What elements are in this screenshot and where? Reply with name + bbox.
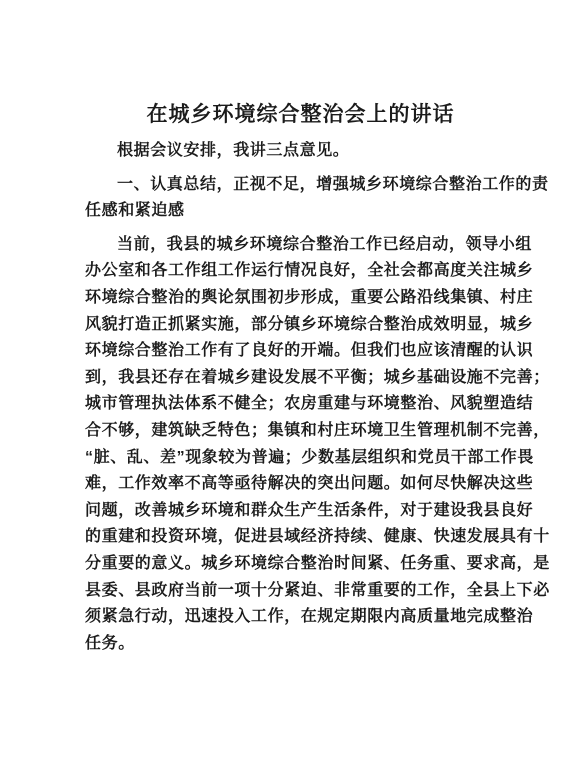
document-title: 在城乡环境综合整治会上的讲话 xyxy=(85,101,516,128)
text-line: 环境综合整治的舆论氛围初步形成，重要公路沿线集镇、村庄 xyxy=(85,285,516,312)
text-line: 合不够，建筑缺乏特色；集镇和村庄环境卫生管理机制不完善， xyxy=(85,418,516,445)
paragraph-section-heading: 一、认真总结，正视不足，增强城乡环境综合整治工作的责 任感和紧迫感 xyxy=(85,172,516,225)
text-line: 城市管理执法体系不健全；农房重建与环境整治、风貌塑造结 xyxy=(85,391,516,418)
text-line: 的重建和投资环境，促进县域经济持续、健康、快速发展具有十 xyxy=(85,524,516,551)
text-line: 任感和紧迫感 xyxy=(85,198,516,225)
text-line: 根据会议安排，我讲三点意见。 xyxy=(85,138,516,165)
paragraph-intro: 根据会议安排，我讲三点意见。 xyxy=(85,138,516,165)
text-line: 当前，我县的城乡环境综合整治工作已经启动，领导小组 xyxy=(85,232,516,259)
document-content: 在城乡环境综合整治会上的讲话 根据会议安排，我讲三点意见。 一、认真总结，正视不… xyxy=(85,101,516,657)
paragraph-body: 当前，我县的城乡环境综合整治工作已经启动，领导小组 办公室和各工作组工作运行情况… xyxy=(85,232,516,658)
text-line: 任务。 xyxy=(85,631,516,658)
text-line: 难，工作效率不高等亟待解决的突出问题。如何尽快解决这些 xyxy=(85,471,516,498)
text-line: 问题，改善城乡环境和群众生产生活条件，对于建设我县良好 xyxy=(85,498,516,525)
text-line: 须紧急行动，迅速投入工作，在规定期限内高质量地完成整治 xyxy=(85,604,516,631)
text-line: 风貌打造正抓紧实施，部分镇乡环境综合整治成效明显，城乡 xyxy=(85,312,516,339)
text-line: 县委、县政府当前一项十分紧迫、非常重要的工作，全县上下必 xyxy=(85,578,516,605)
text-line: 一、认真总结，正视不足，增强城乡环境综合整治工作的责 xyxy=(85,172,516,199)
text-line: 分重要的意义。城乡环境综合整治时间紧、任务重、要求高，是 xyxy=(85,551,516,578)
text-line: “脏、乱、差”现象较为普遍；少数基层组织和党员干部工作畏 xyxy=(85,445,516,472)
text-line: 办公室和各工作组工作运行情况良好，全社会都高度关注城乡 xyxy=(85,258,516,285)
text-line: 到，我县还存在着城乡建设发展不平衡；城乡基础设施不完善； xyxy=(85,365,516,392)
text-line: 环境综合整治工作有了良好的开端。但我们也应该清醒的认识 xyxy=(85,338,516,365)
document-page: 在城乡环境综合整治会上的讲话 根据会议安排，我讲三点意见。 一、认真总结，正视不… xyxy=(0,0,586,759)
